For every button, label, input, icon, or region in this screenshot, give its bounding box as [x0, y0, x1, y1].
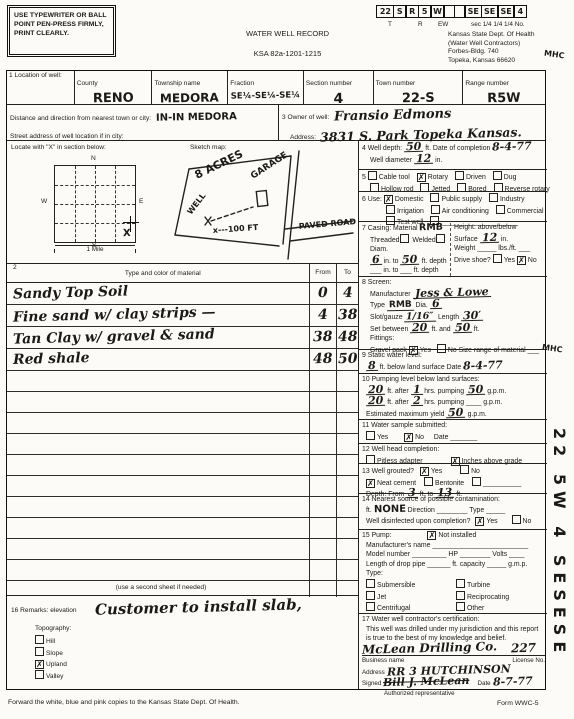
certification-label: 17 Water well contractor's certification… [362, 615, 545, 625]
pumping-after-2: ft. after [387, 399, 408, 406]
county-label: County [77, 80, 98, 87]
disinfected-yes-checkbox: ✗ [475, 517, 484, 526]
pumping-gpm-1: 50 [466, 384, 486, 395]
max-yield-value: 50 [446, 408, 466, 419]
to-value: 50 [338, 352, 358, 367]
max-yield-label: Estimated maximum yield [366, 411, 445, 418]
screen-length-label: Length [438, 314, 459, 321]
title-line: WATER WELL RECORD [246, 29, 329, 38]
drill-section-number: 5 [362, 174, 366, 181]
pump-label: 15 Pump: [362, 532, 392, 539]
option-cable-tool: Cable tool [368, 174, 410, 181]
initials-note-1: MHC [543, 49, 565, 61]
pumping-level-section: 10 Pumping level below land surfaces: 20… [359, 373, 547, 419]
use-label: 6 Use: [362, 196, 382, 203]
casing-diameter-value: 6 [370, 255, 382, 265]
welded-checkbox [436, 234, 445, 243]
materials-header-cell: 2 Type and color of material [7, 264, 310, 282]
option-jet: Jet [366, 591, 456, 603]
contamination-ft-label: ft. [366, 507, 372, 514]
hill-checkbox [35, 635, 44, 644]
sample-yes-label: Yes [377, 434, 388, 441]
max-yield-unit: g.p.m. [468, 411, 487, 418]
code-label-ew: EW [438, 21, 448, 28]
license-number-value: 227 [511, 643, 536, 653]
welded-label: Welded [412, 237, 435, 244]
grid-line [55, 204, 135, 205]
drive-shoe-label: Drive shoe? [454, 257, 491, 264]
pumping-depth-2: 20 [366, 396, 386, 407]
grouting-section: 13 Well grouted? ✗Yes No ✗Neat cement Be… [359, 463, 547, 493]
static-water-depth-value: 8 [366, 360, 378, 370]
grid-line [55, 185, 135, 186]
locate-label: Locate with "X" in section below: [11, 144, 106, 152]
materials-header-title: Type and color of material [13, 270, 309, 277]
pumping-unit-2: g.p.m. [483, 399, 502, 406]
set-between-to-value: 50 [452, 323, 472, 334]
centrifugal-checkbox [366, 602, 375, 611]
sample-no-label: No [415, 434, 424, 441]
form-body: 1 Location of well: County RENO Township… [6, 70, 546, 690]
range-number-cell: Range number R5W [463, 71, 545, 104]
fittings-label: Fittings: [370, 334, 545, 344]
to-value: 48 [338, 330, 358, 345]
option-centrifugal: Centrifugal [366, 602, 456, 614]
material-value: Fine sand w/ clay strips — [13, 305, 216, 324]
upland-label: Upland [46, 661, 67, 668]
owner-address-label: Address: [290, 134, 316, 141]
materials-section-number: 2 [13, 264, 17, 271]
margin-handwritten-note: 22 5W 4 SESESE [550, 428, 569, 658]
code-label-sec: sec 1/4 1/4 1/4 No. [471, 21, 525, 28]
instruction-box: USE TYPEWRITER OR BALL POINT PEN-PRESS F… [9, 7, 114, 55]
turbine-checkbox [456, 579, 465, 588]
materials-table: 2 Type and color of material From To San… [7, 263, 359, 595]
township-label: Township name [154, 80, 200, 87]
material-row: Sandy Top Soil 0 4 [7, 283, 358, 305]
other-pump-checkbox [456, 602, 465, 611]
remarks-section: 16 Remarks: elevation Customer to instal… [7, 595, 359, 689]
compass-west: W [41, 198, 47, 206]
well-diameter-label: Well diameter [370, 157, 412, 164]
water-sample-section: 11 Water sample submitted: Yes ✗No Date … [359, 419, 547, 443]
turbine-label: Turbine [467, 582, 490, 589]
well-depth-value: 50 [404, 142, 424, 153]
screen-dia-label: Dia. [416, 302, 428, 309]
contamination-direction-label: Direction ________ [408, 507, 468, 514]
disinfected-no-label: No [523, 518, 532, 525]
reciprocating-checkbox [456, 591, 465, 600]
submersible-label: Submersible [377, 582, 415, 589]
distance-value: IN-IN MEDORA [155, 111, 236, 123]
pumping-after-1: ft. after [387, 388, 408, 395]
well-x-mark: X [123, 228, 131, 239]
contamination-distance-value: NONE [374, 504, 406, 514]
grout-other-blank: __________ [483, 480, 521, 487]
code-cell-q3: SE [497, 5, 515, 18]
well-head-label: 12 Well head completion: [362, 445, 545, 455]
disinfected-label: Well disinfected upon completion? [366, 518, 470, 525]
form-title: WATER WELL RECORD KSA 82a-1201-1215 [180, 29, 395, 59]
sample-yes-checkbox [366, 431, 375, 440]
grouted-no-checkbox [460, 465, 469, 474]
option-reciprocating: Reciprocating [456, 591, 509, 603]
driven-checkbox [455, 171, 464, 180]
distance-owner-row: Distance and direction from nearest town… [7, 105, 545, 141]
screen-manufacturer-label: Manufacturer [370, 291, 411, 298]
footer-distribution-note: Forward the white, blue and pink copies … [8, 699, 240, 706]
from-value: 38 [313, 330, 333, 345]
authorized-representative-label: Authorized representative [384, 689, 545, 699]
use-section: 6 Use: ✗Domestic Public supply Industry … [359, 191, 547, 221]
not-installed-label: Not installed [438, 532, 476, 539]
materials-header-row: 2 Type and color of material From To [7, 264, 358, 283]
topography-label: Topography: [35, 625, 354, 633]
pumping-hours-2: 2 [410, 396, 422, 406]
grouted-no-label: No [471, 468, 480, 475]
material-row [7, 560, 358, 581]
sign-date-value: 8-7-77 [492, 677, 532, 687]
dug-label: Dug [504, 174, 517, 181]
contamination-section: 14 Nearest source of possible contaminat… [359, 493, 547, 529]
owner-cell: 3 Owner of well: Fransio Edmons Address:… [279, 105, 545, 143]
well-depth-section: 4 Well depth: 50 ft. Date of completion … [359, 141, 547, 169]
static-water-section: 9 Static water level: 8 ft. below land s… [359, 349, 547, 373]
scale-label: 1 Mile [86, 246, 103, 253]
well-diameter-value: 12 [414, 153, 434, 164]
screen-dia-value: 6 [430, 299, 442, 309]
town-number-label: Town number [376, 80, 416, 87]
fraction-value: SE¼-SE¼-SE¼ [230, 90, 301, 101]
casing-material-label: Material [393, 225, 418, 232]
remarks-value: Customer to install slab, [95, 595, 302, 618]
owner-label: 3 Owner of well: [282, 114, 329, 121]
upland-checkbox: ✗ [35, 660, 44, 669]
bentonite-checkbox [424, 477, 433, 486]
to-header: To [337, 264, 358, 282]
industry-checkbox [489, 193, 498, 202]
height-label: Height: above/below [454, 223, 545, 233]
static-water-label: 9 Static water level: [362, 351, 545, 361]
not-installed-checkbox: ✗ [427, 531, 436, 540]
irrigation-label: Irrigation [397, 208, 424, 215]
material-value: Red shale [13, 351, 90, 367]
material-row: Fine sand w/ clay strips — 4 38 [7, 305, 358, 327]
weight-label: Weight _____ lbs./ft. ___ [454, 244, 545, 254]
threaded-checkbox [400, 234, 409, 243]
completion-date-label: ft. Date of completion [425, 145, 490, 152]
owner-value: Fransio Edmons [334, 106, 452, 124]
agency-address: Kansas State Dept. Of Health (Water Well… [448, 31, 535, 65]
code-label-r: R [418, 21, 423, 28]
dug-checkbox [493, 171, 502, 180]
material-row [7, 434, 358, 455]
drill-method-section: 5 Cable tool ✗Rotary Driven Dug Hollow r… [359, 169, 547, 191]
from-value: 4 [318, 308, 328, 322]
pumping-level-label: 10 Pumping level below land surfaces: [362, 375, 545, 385]
air-conditioning-checkbox [431, 205, 440, 214]
fraction-cell: Fraction SE¼-SE¼-SE¼ [228, 71, 304, 104]
location-label-cell: 1 Location of well: [7, 71, 75, 104]
county-cell: County RENO [75, 71, 153, 104]
fraction-label: Fraction [230, 80, 254, 87]
screen-length-value: 30′ [461, 311, 483, 322]
sample-no-checkbox: ✗ [404, 433, 413, 442]
to-value: 4 [342, 286, 352, 300]
jet-checkbox [366, 591, 375, 600]
drive-shoe-yes-checkbox [493, 254, 502, 263]
material-row [7, 413, 358, 434]
sample-date-label: Date _______ [434, 434, 477, 441]
license-number-label: License No. [512, 656, 545, 666]
pump-model-line: Model number _________ HP ________ Volts… [366, 550, 545, 560]
casing-section: 7 Casing: Material RMB Threaded Welded D… [359, 221, 547, 276]
grouted-yes-checkbox: ✗ [420, 467, 429, 476]
material-row: Tan Clay w/ gravel & sand 38 48 [7, 327, 358, 349]
rotary-checkbox: ✗ [417, 173, 426, 182]
option-turbine: Turbine [456, 579, 509, 591]
option-irrigation: Irrigation [386, 208, 424, 215]
sketch-map-drawing: 8 ACRES WELL GARAGE x---100 FT PAVED ROA… [165, 149, 357, 261]
casing-material-value: RMB [419, 223, 443, 232]
option-domestic: ✗Domestic [384, 196, 424, 203]
to-value: 38 [338, 308, 358, 323]
option-commercial: Commercial [496, 208, 544, 215]
static-water-mid: ft. below land surface Date [380, 364, 462, 371]
domestic-checkbox: ✗ [384, 195, 393, 204]
township-value: MEDORA [154, 90, 225, 105]
code-cell-q1: SE [464, 5, 482, 18]
signature: Bill J. McLean [383, 676, 470, 687]
range-number-label: Range number [465, 80, 509, 87]
sketch-acres-label: 8 ACRES [193, 149, 245, 182]
submersible-checkbox [366, 579, 375, 588]
sketch-road-label: PAVED ROAD [298, 217, 356, 231]
certification-section: 17 Water well contractor's certification… [359, 613, 547, 691]
centrifugal-label: Centrifugal [377, 605, 410, 612]
code-cell-t1: 22 [376, 5, 394, 18]
option-other-pump: Other [456, 602, 509, 614]
option-industry: Industry [489, 196, 525, 203]
reciprocating-label: Reciprocating [467, 594, 509, 601]
topo-option-hill: Hill [35, 635, 354, 647]
disinfected-no-checkbox [512, 515, 521, 524]
screen-manufacturer-value: Jess & Lowe [412, 287, 490, 299]
from-header: From [310, 264, 337, 282]
material-row [7, 476, 358, 497]
material-row [7, 455, 358, 476]
public-supply-label: Public supply [441, 196, 482, 203]
completion-date-value: 8-4-77 [492, 141, 532, 151]
option-submersible: Submersible [366, 579, 456, 591]
rotary-label: Rotary [428, 174, 448, 181]
casing-d1-end: ft. depth [422, 258, 447, 265]
slot-gauze-label: Slot/gauze [370, 314, 403, 321]
set-between-end: ft. [474, 326, 480, 333]
surface-unit: in. [501, 236, 508, 243]
topo-option-upland: ✗Upland [35, 659, 354, 670]
material-row [7, 371, 358, 392]
option-rotary: ✗Rotary [417, 174, 448, 181]
plss-section-grid: X [54, 165, 136, 243]
sketch-well-label: WELL [185, 191, 207, 216]
pump-drop-pipe-line: Length of drop pipe ______ ft. capacity … [366, 560, 545, 570]
statute-line: KSA 82a-1201-1215 [254, 49, 322, 58]
valley-checkbox [35, 670, 44, 679]
business-name-value: McLean Drilling Co. [362, 642, 497, 655]
material-row [7, 497, 358, 518]
irrigation-checkbox [386, 205, 395, 214]
grouted-yes-label: Yes [431, 468, 442, 475]
compass-north: N [91, 155, 96, 163]
grouted-label: 13 Well grouted? [362, 468, 414, 475]
x-mark-crosshair-h [123, 222, 139, 223]
surface-label: Surface [454, 236, 478, 243]
section-number-cell: Section number 4 [304, 71, 374, 104]
option-driven: Driven [455, 174, 486, 181]
material-value: Tan Clay w/ gravel & sand [13, 327, 215, 346]
contractor-address-label: Address [362, 669, 385, 676]
water-well-record-form: USE TYPEWRITER OR BALL POINT PEN-PRESS F… [0, 0, 574, 719]
disinfected-yes-label: Yes [486, 518, 497, 525]
drive-shoe-no-label: No [528, 257, 537, 264]
cable-tool-label: Cable tool [379, 174, 410, 181]
pumping-mid-1: hrs. pumping [424, 388, 464, 395]
material-value: Sandy Top Soil [13, 284, 128, 301]
screen-type-label: Type [370, 302, 385, 309]
township-cell: Township name MEDORA [152, 71, 228, 104]
material-row [7, 518, 358, 539]
grout-other-checkbox [472, 477, 481, 486]
contamination-type-label: Type _____ [469, 507, 505, 514]
set-between-label: Set between [370, 326, 408, 333]
sketch-distance-label: x---100 FT [213, 223, 260, 235]
jet-label: Jet [377, 594, 386, 601]
from-value: 48 [313, 352, 333, 367]
from-value: 0 [318, 286, 328, 300]
section-number-label: Section number [306, 80, 352, 87]
slope-checkbox [35, 647, 44, 656]
scale-bar: 1 Mile [54, 249, 136, 253]
signed-label: Signed [362, 680, 381, 687]
material-row: Red shale 48 50 [7, 349, 358, 371]
screen-section: 8 Screen: Manufacturer Jess & Lowe Type … [359, 276, 547, 349]
drive-shoe-yes-label: Yes [504, 257, 515, 264]
business-name-label: Business name [362, 657, 404, 664]
neat-cement-checkbox: ✗ [366, 479, 375, 488]
cable-tool-checkbox [368, 171, 377, 180]
commercial-checkbox [496, 205, 505, 214]
casing-d1-mid: in. to [384, 258, 399, 265]
commercial-label: Commercial [507, 208, 544, 215]
location-code-grid: 22 S R 5 W SE SE SE 4 [378, 5, 527, 18]
screen-type-value: RMB [387, 301, 414, 311]
pump-manufacturer-line: Manufacturer's name ____________________… [366, 541, 545, 551]
well-diameter-unit: in. [435, 157, 442, 164]
casing-depth-value: 50 [400, 255, 420, 266]
driven-label: Driven [466, 174, 486, 181]
option-dug: Dug [493, 174, 517, 181]
town-number-cell: Town number 22-S [374, 71, 464, 104]
location-row: 1 Location of well: County RENO Township… [7, 71, 545, 105]
locate-section: Locate with "X" in section below: Sketch… [7, 141, 359, 263]
public-supply-checkbox [430, 193, 439, 202]
distance-label: Distance and direction from nearest town… [10, 115, 151, 122]
material-row [7, 392, 358, 413]
topo-option-slope: Slope [35, 647, 354, 659]
surface-height-value: 12 [480, 232, 500, 243]
hill-label: Hill [46, 638, 55, 645]
remarks-label: 16 Remarks: elevation [11, 607, 77, 614]
code-cell-q2: SE [481, 5, 499, 18]
air-conditioning-label: Air conditioning [442, 208, 489, 215]
topo-option-valley: Valley [35, 670, 354, 682]
option-air-conditioning: Air conditioning [431, 208, 489, 215]
pump-section: 15 Pump: ✗Not installed Manufacturer's n… [359, 529, 547, 613]
code-label-t: T [388, 21, 392, 28]
drive-shoe-no-checkbox: ✗ [517, 256, 526, 265]
well-head-section: 12 Well head completion: Pitless adapter… [359, 443, 547, 463]
set-between-mid: ft. and [431, 326, 450, 333]
casing-label: 7 Casing: [362, 225, 391, 232]
other-pump-label: Other [467, 605, 484, 612]
valley-label: Valley [46, 673, 63, 680]
threaded-label: Threaded [370, 237, 400, 244]
form-number: Form WWC-5 [497, 700, 539, 707]
industry-label: Industry [500, 196, 525, 203]
pumping-unit-1: g.p.m. [487, 388, 506, 395]
set-between-from-value: 20 [410, 323, 430, 334]
casing-blank-line: ___ in. to ___ ft. depth [370, 266, 450, 276]
well-depth-label: 4 Well depth: [362, 145, 402, 152]
pumping-gpm-2-blank: ____ [466, 399, 481, 406]
sign-date-label: Date [478, 680, 491, 687]
domestic-label: Domestic [395, 196, 424, 203]
material-row [7, 539, 358, 560]
water-sample-label: 11 Water sample submitted: [362, 421, 545, 431]
compass-east: E [139, 198, 143, 206]
sketch-garage-label: GARAGE [249, 150, 290, 181]
grid-line [55, 223, 135, 224]
street-address-label: Street address of well location if in ci… [10, 133, 275, 141]
code-cell-no: 4 [513, 5, 527, 18]
slope-label: Slope [46, 650, 63, 657]
static-water-date-value: 8-4-77 [463, 360, 503, 370]
distance-cell: Distance and direction from nearest town… [7, 105, 279, 141]
pump-type-label: Type: [366, 569, 545, 579]
option-public-supply: Public supply [430, 196, 482, 203]
